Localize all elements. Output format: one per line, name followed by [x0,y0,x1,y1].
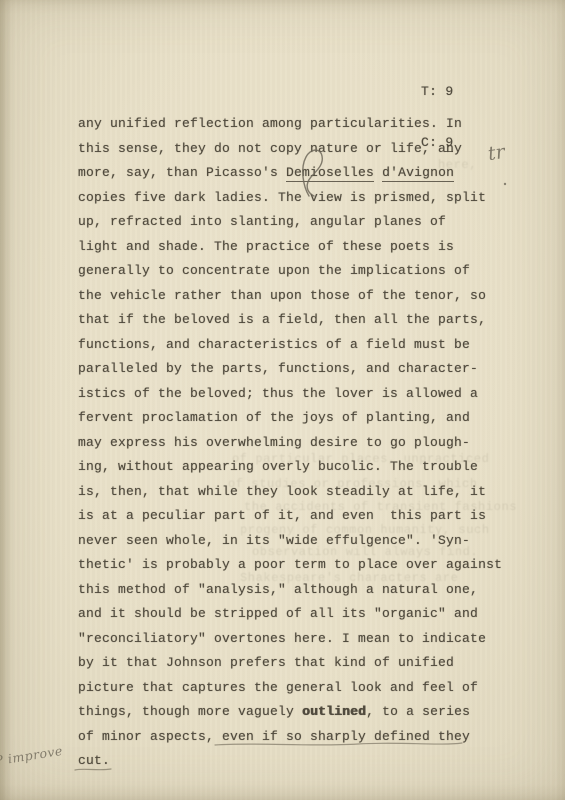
typed-line: by it that Johnson prefers that kind of … [78,651,518,676]
typed-line: may express his overwhelming desire to g… [78,431,518,456]
typed-line: this method of "analysis," although a na… [78,578,518,603]
typed-line: copies five dark ladies. The view is pri… [78,186,518,211]
t-label: T: [421,84,437,99]
typed-line: of minor aspects, even if so sharply def… [78,725,518,750]
typed-line: the vehicle rather than upon those of th… [78,284,518,309]
transpose-margin-note: tr [487,141,507,165]
typed-line: is, then, that while they look steadily … [78,480,518,505]
typed-line: "reconciliatory" overtones here. I mean … [78,627,518,652]
typed-line: paralleled by the parts, functions, and … [78,357,518,382]
typed-line: this sense, they do not copy nature or l… [78,137,518,162]
typed-line: things, though more vaguely outlined, to… [78,700,518,725]
typed-line: up, refracted into slanting, angular pla… [78,210,518,235]
typed-line: ing, without appearing overly bucolic. T… [78,455,518,480]
typed-line: that if the beloved is a field, then all… [78,308,518,333]
manuscript-page: here,of particular places, unpracticedof… [0,0,565,800]
typed-line: fervent proclamation of the joys of plan… [78,406,518,431]
typed-line: any unified reflection among particulari… [78,112,518,137]
improve-margin-note: ? improve [0,743,64,768]
typed-text: any unified reflection among particulari… [78,112,518,774]
t-value: 9 [445,84,453,99]
typed-line: picture that captures the general look a… [78,676,518,701]
typed-line: light and shade. The practice of these p… [78,235,518,260]
typed-line: never seen whole, in its "wide effulgenc… [78,529,518,554]
typed-line: istics of the beloved; thus the lover is… [78,382,518,407]
typed-line: more, say, than Picasso's Demioselles d'… [78,161,518,186]
typed-line: is at a peculiar part of it, and even th… [78,504,518,529]
typed-line: and it should be stripped of all its "or… [78,602,518,627]
typed-line: functions, and characteristics of a fiel… [78,333,518,358]
typed-line: thetic' is probably a poor term to place… [78,553,518,578]
typed-line: generally to concentrate upon the implic… [78,259,518,284]
typescript-number-line: T: 9 [421,83,453,100]
typed-line: cut. [78,749,518,774]
